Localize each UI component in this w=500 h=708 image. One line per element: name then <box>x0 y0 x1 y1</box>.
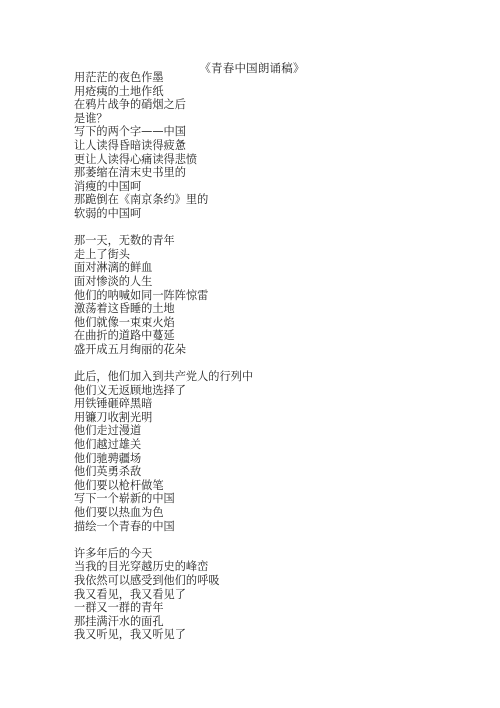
poem-line: 他们驰骋疆场 <box>74 452 253 466</box>
poem-line: 用镰刀收割光明 <box>74 411 253 425</box>
poem-line: 当我的目光穿越历史的峰峦 <box>74 560 253 574</box>
poem-line: 激荡着这昏睡的土地 <box>74 302 253 316</box>
stanza-1: 用茫茫的夜色作墨 用疮痍的土地作纸 在鸦片战争的硝烟之后 是谁？ 写下的两个字—… <box>74 71 253 221</box>
poem-line: 软弱的中国呵 <box>74 207 253 221</box>
poem-line: 那挂满汗水的面孔 <box>74 615 253 629</box>
poem-line: 我依然可以感受到他们的呼吸 <box>74 574 253 588</box>
poem-line: 他们越过雄关 <box>74 438 253 452</box>
stanza-4: 许多年后的今天 当我的目光穿越历史的峰峦 我依然可以感受到他们的呼吸 我又看见，… <box>74 547 253 642</box>
stanza-break <box>74 356 253 370</box>
poem-line: 让人读得昏暗读得疲惫 <box>74 139 253 153</box>
poem-line: 消瘦的中国呵 <box>74 180 253 194</box>
poem-line: 写下的两个字——中国 <box>74 125 253 139</box>
poem-line: 他们要以热血为色 <box>74 506 253 520</box>
poem-line: 他们走过漫道 <box>74 424 253 438</box>
poem-line: 我又听见，我又听见了 <box>74 628 253 642</box>
poem-line: 许多年后的今天 <box>74 547 253 561</box>
poem-line: 那萎缩在清末史书里的 <box>74 166 253 180</box>
poem-line: 描绘一个青春的中国 <box>74 520 253 534</box>
poem-line: 我又看见，我又看见了 <box>74 588 253 602</box>
poem-line: 他们就像一束束火焰 <box>74 316 253 330</box>
poem-line: 那跪倒在《南京条约》里的 <box>74 193 253 207</box>
poem-line: 他们英勇杀敌 <box>74 465 253 479</box>
poem-line: 写下一个崭新的中国 <box>74 492 253 506</box>
stanza-break <box>74 533 253 547</box>
poem-line: 他们的呐喊如同一阵阵惊雷 <box>74 289 253 303</box>
poem-line: 面对淋漓的鲜血 <box>74 261 253 275</box>
poem-line: 用铁锤砸碎黑暗 <box>74 397 253 411</box>
poem-line: 用疮痍的土地作纸 <box>74 85 253 99</box>
poem-line: 他们义无返顾地选择了 <box>74 384 253 398</box>
poem-line: 一群又一群的青年 <box>74 601 253 615</box>
poem-line: 盛开成五月绚丽的花朵 <box>74 343 253 357</box>
poem-line: 面对惨淡的人生 <box>74 275 253 289</box>
poem-line: 在鸦片战争的硝烟之后 <box>74 98 253 112</box>
poem-body: 用茫茫的夜色作墨 用疮痍的土地作纸 在鸦片战争的硝烟之后 是谁？ 写下的两个字—… <box>74 71 253 642</box>
poem-line: 用茫茫的夜色作墨 <box>74 71 253 85</box>
stanza-3: 此后，他们加入到共产党人的行列中 他们义无返顾地选择了 用铁锤砸碎黑暗 用镰刀收… <box>74 370 253 533</box>
poem-line: 他们要以枪杆做笔 <box>74 479 253 493</box>
document-page: 《青春中国朗诵稿》 用茫茫的夜色作墨 用疮痍的土地作纸 在鸦片战争的硝烟之后 是… <box>0 0 500 708</box>
poem-line: 此后，他们加入到共产党人的行列中 <box>74 370 253 384</box>
stanza-2: 那一天，无数的青年 走上了街头 面对淋漓的鲜血 面对惨淡的人生 他们的呐喊如同一… <box>74 234 253 356</box>
poem-line: 是谁？ <box>74 112 253 126</box>
poem-line: 那一天，无数的青年 <box>74 234 253 248</box>
poem-line: 更让人读得心痛读得悲愤 <box>74 153 253 167</box>
stanza-break <box>74 221 253 235</box>
poem-line: 走上了街头 <box>74 248 253 262</box>
poem-line: 在曲折的道路中蔓延 <box>74 329 253 343</box>
